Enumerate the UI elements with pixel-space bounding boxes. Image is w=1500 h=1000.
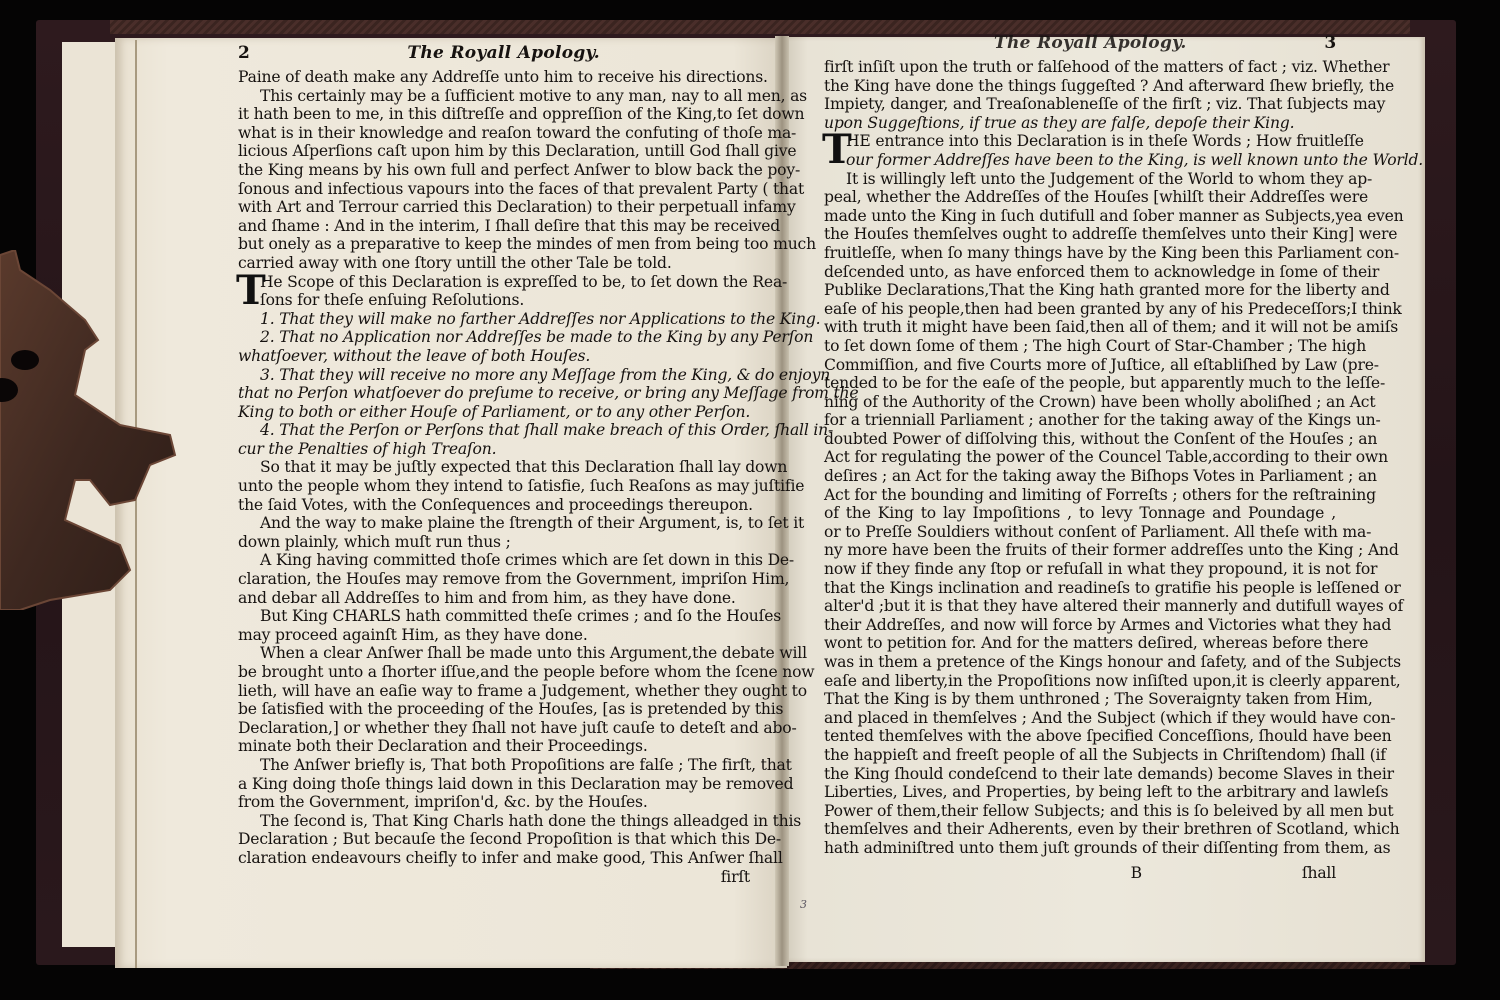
text-line: the King have done the things ſuggeſted … xyxy=(824,77,1336,96)
text-line: or to Preſſe Souldiers without conſent o… xyxy=(824,523,1336,542)
text-line: was in them a pretence of the Kings hono… xyxy=(824,653,1336,672)
text-line: to ſet down ſome of them ; The high Cour… xyxy=(824,337,1336,356)
text-line: ſons for theſe enſuing Reſolutions. xyxy=(238,291,750,310)
text-line: and ſhame : And in the interim, I ſhall … xyxy=(238,217,750,236)
text-line: 2. That no Application nor Addreſſes be … xyxy=(238,328,750,347)
text-line: be ſatisfied with the proceeding of the … xyxy=(238,700,750,719)
text-line: This certainly may be a ſufficient motiv… xyxy=(238,87,750,106)
text-line: but onely as a preparative to keep the m… xyxy=(238,235,750,254)
text-line: licious Aſperſions caſt upon him by this… xyxy=(238,142,750,161)
text-line: what is in their knowledge and reaſon to… xyxy=(238,124,750,143)
text-line: Power of them,their fellow Subjects; and… xyxy=(824,802,1336,821)
text-line: of the King to lay Impoſitions , to levy… xyxy=(824,504,1336,523)
text-line: The ſecond is, That King Charls hath don… xyxy=(238,812,750,831)
drop-cap: T xyxy=(822,133,852,167)
text-line: King to both or either Houſe of Parliame… xyxy=(238,403,750,422)
text-line: may proceed againſt Him, as they have do… xyxy=(238,626,750,645)
running-title: The Royall Apology. xyxy=(994,34,1187,53)
text-line: firſt inſiſt upon the truth or falſehood… xyxy=(824,58,1336,77)
text-line: the ſaid Votes, with the Conſequences an… xyxy=(238,496,750,515)
text-line: claration endeavours cheifly to infer an… xyxy=(238,849,750,868)
text-line: Act for the bounding and limiting of For… xyxy=(824,486,1336,505)
text-line: Act for regulating the power of the Coun… xyxy=(824,448,1336,467)
text-line: Commiſſion, and five Courts more of Juſt… xyxy=(824,356,1336,375)
text-line: down plainly, which muſt run thus ; xyxy=(238,533,750,552)
text-line: So that it may be juſtly expected that t… xyxy=(238,458,750,477)
text-line: claration, the Houſes may remove from th… xyxy=(238,570,750,589)
text-line: made unto the King in ſuch dutifull and … xyxy=(824,207,1336,226)
text-line: Declaration ; But becauſe the ſecond Pro… xyxy=(238,830,750,849)
text-line: tented themſelves with the above ſpecifi… xyxy=(824,727,1336,746)
text-line: that the Kings inclination and readineſs… xyxy=(824,579,1336,598)
text-line: And the way to make plaine the ſtrength … xyxy=(238,514,750,533)
text-line: 4. That the Perſon or Perſons that ſhall… xyxy=(238,421,750,440)
signature-mark: B xyxy=(1131,864,1142,888)
text-line: with Art and Terrour carried this Declar… xyxy=(238,198,750,217)
right-page: The Royall Apology. 3 firſt inſiſt upon … xyxy=(824,34,1336,888)
catchword: ſhall xyxy=(1302,864,1336,888)
left-page: 2 The Royall Apology. Paine of death mak… xyxy=(238,44,750,886)
text-line: that no Perſon whatſoever do preſume to … xyxy=(238,384,750,403)
text-line: peal, whether the Addreſſes of the Houſe… xyxy=(824,188,1336,207)
text-line: the happieſt and freeſt people of all th… xyxy=(824,746,1336,765)
text-line: Publike Declarations,That the King hath … xyxy=(824,281,1336,300)
text-line: lieth, will have an eaſie way to frame a… xyxy=(238,682,750,701)
left-page-body: Paine of death make any Addreſſe unto hi… xyxy=(238,68,750,868)
text-line: ning of the Authority of the Crown) have… xyxy=(824,393,1336,412)
text-line: A King having committed thoſe crimes whi… xyxy=(238,551,750,570)
text-line: be brought unto a ſhorter iſſue,and the … xyxy=(238,663,750,682)
left-running-head: 2 The Royall Apology. xyxy=(238,44,750,68)
page-number: 2 xyxy=(238,44,250,63)
text-line: THE entrance into this Declaration is in… xyxy=(824,132,1336,151)
text-line: whatſoever, without the leave of both Ho… xyxy=(238,347,750,366)
text-line: it hath been to me, in this diſtreſſe an… xyxy=(238,105,750,124)
text-line: a King doing thoſe things laid down in t… xyxy=(238,775,750,794)
text-line: their Addreſſes, and now will force by A… xyxy=(824,616,1336,635)
text-line: now if they finde any ſtop or refuſall i… xyxy=(824,560,1336,579)
text-line: deſcended unto, as have enforced them to… xyxy=(824,263,1336,282)
text-line: Impiety, danger, and Treaſonableneſſe of… xyxy=(824,95,1336,114)
text-line: unto the people whom they intend to ſati… xyxy=(238,477,750,496)
text-line: from the Government, impriſon'd, &c. by … xyxy=(238,793,750,812)
text-line: Declaration,] or whether they ſhall not … xyxy=(238,719,750,738)
text-line: alter'd ;but it is that they have altere… xyxy=(824,597,1336,616)
text-line: our former Addreſſes have been to the Ki… xyxy=(824,151,1336,170)
catchword: firſt xyxy=(238,868,750,887)
text-line: hath adminiſtred unto them juſt grounds … xyxy=(824,839,1336,858)
right-running-head: The Royall Apology. 3 xyxy=(824,34,1336,58)
right-page-body: firſt inſiſt upon the truth or falſehood… xyxy=(824,58,1336,858)
text-line: It is willingly left unto the Judgement … xyxy=(824,170,1336,189)
text-line: cur the Penalties of high Treaſon. xyxy=(238,440,750,459)
text-line: eaſe of his people,then had been granted… xyxy=(824,300,1336,319)
text-line: Paine of death make any Addreſſe unto hi… xyxy=(238,68,750,87)
text-line: deſires ; an Act for the taking away the… xyxy=(824,467,1336,486)
text-line: wont to petition for. And for the matter… xyxy=(824,634,1336,653)
pencil-annotation: 3 xyxy=(800,898,807,911)
text-line: for a trienniall Parliament ; another fo… xyxy=(824,411,1336,430)
headband-top xyxy=(110,20,1410,34)
text-line: minate both their Declaration and their … xyxy=(238,737,750,756)
text-line: eaſe and liberty,in the Propoſitions now… xyxy=(824,672,1336,691)
text-line: carried away with one ſtory untill the o… xyxy=(238,254,750,273)
page-footer: B ſhall xyxy=(824,864,1336,888)
text-line: When a clear Anſwer ſhall be made unto t… xyxy=(238,644,750,663)
text-line: tended to be for the eaſe of the people,… xyxy=(824,374,1336,393)
text-line: fruitleſſe, when ſo many things have by … xyxy=(824,244,1336,263)
text-line: Liberties, Lives, and Properties, by bei… xyxy=(824,783,1336,802)
text-line: But King CHARLS hath committed theſe cri… xyxy=(238,607,750,626)
text-line: That the King is by them unthroned ; The… xyxy=(824,690,1336,709)
text-line: ny more have been the fruits of their fo… xyxy=(824,541,1336,560)
text-line: upon Suggeſtions, if true as they are fa… xyxy=(824,114,1336,133)
text-line: and debar all Addreſſes to him and from … xyxy=(238,589,750,608)
text-line: ſonous and infectious vapours into the f… xyxy=(238,180,750,199)
text-line: doubted Power of diſſolving this, withou… xyxy=(824,430,1336,449)
drop-cap: T xyxy=(236,274,266,308)
text-line: the King ſhould condeſcend to their late… xyxy=(824,765,1336,784)
text-line: the King means by his own full and perfe… xyxy=(238,161,750,180)
running-title: The Royall Apology. xyxy=(407,44,600,63)
text-line: 3. That they will receive no more any Me… xyxy=(238,366,750,385)
text-line: and placed in themſelves ; And the Subje… xyxy=(824,709,1336,728)
page-number: 3 xyxy=(1324,34,1336,53)
text-line: with truth it might have been ſaid,then … xyxy=(824,318,1336,337)
text-line: THe Scope of this Declaration is expreſſ… xyxy=(238,273,750,292)
text-line: the Houſes themſelves ought to addreſſe … xyxy=(824,225,1336,244)
text-line: themſelves and their Adherents, even by … xyxy=(824,820,1336,839)
text-line: The Anſwer briefly is, That both Propoſi… xyxy=(238,756,750,775)
text-line: 1. That they will make no farther Addreſ… xyxy=(238,310,750,329)
metal-clasp-icon xyxy=(0,250,190,610)
